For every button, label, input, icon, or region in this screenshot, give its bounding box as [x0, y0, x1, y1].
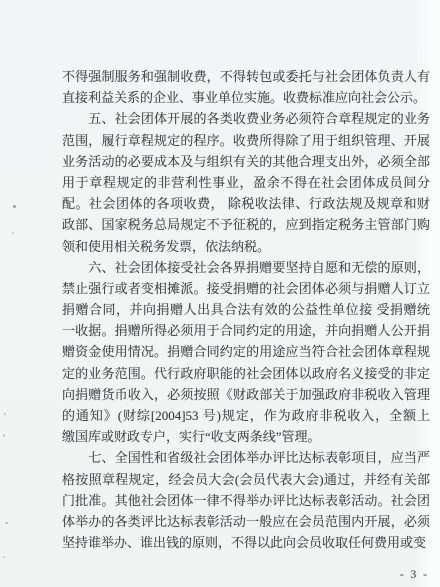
scan-speckle: [3, 556, 5, 558]
text-line: 领和使用相关税务发票，依法纳税。: [62, 236, 430, 257]
text-line: 一收据。捐赠所得必须用于合同约定的用途，并向捐赠人公开捐: [62, 320, 430, 341]
text-line: 范围，履行章程规定的程序。收费所得除了用于组织管理、开展: [62, 130, 430, 151]
text-line: 七、全国性和省级社会团体举办评比达标表彰项目，应当严: [62, 447, 430, 468]
text-line: 向捐赠货币收入，必须按照《财政部关于加强政府非税收入管理: [62, 384, 430, 405]
text-line: 用于章程规定的非营利性事业，盈余不得在社会团体成员间分: [62, 172, 430, 193]
text-line: 坚持谁举办、谁出钱的原则，不得以此向会员收取任何费用或变: [62, 532, 430, 553]
text-line: 不得强制服务和强制收费，不得转包或委托与社会团体负责人有: [62, 66, 430, 87]
text-line: 业务活动的必要成本及与组织有关的其他合理支出外，必须全部: [62, 151, 430, 172]
document-body-text: 不得强制服务和强制收费，不得转包或委托与社会团体负责人有直接利益关系的企业、事业…: [62, 66, 430, 553]
scan-speckle: [12, 232, 14, 234]
scan-speckle: [3, 434, 5, 437]
scan-speckle: [4, 413, 6, 415]
text-line: 五、社会团体开展的各类收费业务必须符合章程规定的业务: [62, 108, 430, 129]
text-line: 禁止强行或者变相摊派。接受捐赠的社会团体必须与捐赠人订立: [62, 278, 430, 299]
text-line: 格按照章程规定，经会员大会(会员代表大会)通过，并经有关部: [62, 469, 430, 490]
text-line: 捐赠合同，并向捐赠人出具合法有效的公益性单位接 受捐赠统: [62, 299, 430, 320]
text-line: 六、社会团体接受社会各界捐赠要坚持自愿和无偿的原则，: [62, 257, 430, 278]
text-line: 体举办的各类评比达标表彰活动一般应在会员范围内开展，必须: [62, 511, 430, 532]
text-line: 门批准。其他社会团体一律不得举办评比达标表彰活动。社会团: [62, 490, 430, 511]
text-line: 定的业务范围。代行政府职能的社会团体以政府名义接受的非定: [62, 363, 430, 384]
text-line: 缴国库或财政专户，实行“收支两条线”管理。: [62, 426, 430, 447]
text-line: 政部、国家税务总局规定不予征税的，应到指定税务主管部门购: [62, 214, 430, 235]
page-number: - 3 -: [400, 569, 429, 581]
text-line: 赠资金使用情况。捐赠合同约定的用途应当符合社会团体章程规: [62, 341, 430, 362]
document-page: 不得强制服务和强制收费，不得转包或委托与社会团体负责人有直接利益关系的企业、事业…: [0, 0, 440, 587]
text-line: 直接利益关系的企业、事业单位实施。收费标准应向社会公示。: [62, 87, 430, 108]
text-line: 配。社会团体的各项收费， 除税收法律、行政法规及规章和财: [62, 193, 430, 214]
text-line: 的通知》(财综[2004]53 号)规定，作为政府非税收入，全额上: [62, 405, 430, 426]
scan-speckle: [13, 205, 16, 208]
scan-speckle: [5, 522, 8, 524]
